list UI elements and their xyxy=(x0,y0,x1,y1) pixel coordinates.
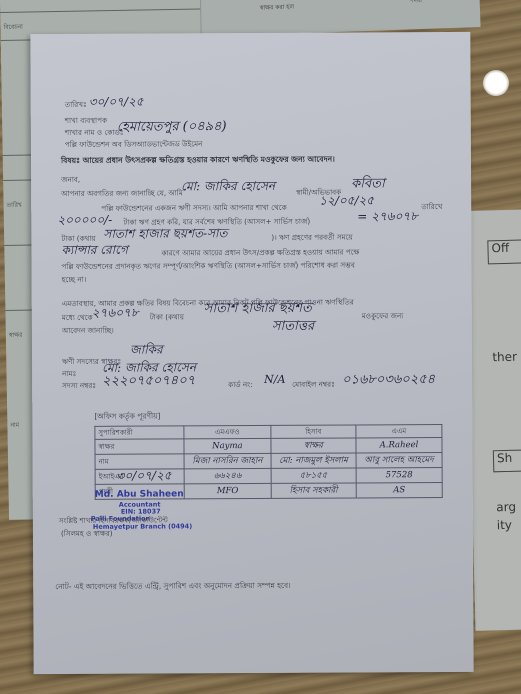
outstanding-balance: = ২৭৬০৭৮ xyxy=(357,208,418,228)
damage-reason: ক্যান্সার রোগে xyxy=(61,242,127,262)
member-number-label: সদস্য নম্বরঃ xyxy=(62,381,96,393)
card-number: N/A xyxy=(264,373,285,386)
addressee: শাখা ব্যবস্থাপক xyxy=(65,116,107,128)
branch-label: শাখার নাম ও কোডঃ xyxy=(65,128,124,140)
stamp-name: Md. Abu Shaheen xyxy=(95,489,184,499)
date-label: তারিখঃ xyxy=(65,100,87,112)
salutation: জনাব, xyxy=(61,175,80,187)
approval-date: ৩০/০৭/২৫ xyxy=(117,467,172,487)
footer-note: নোট- এই আবেদনের ভিত্তিতে এন্ট্রি, সুপারি… xyxy=(55,581,291,594)
waiver-amount: ২৭৬০৭৮ xyxy=(92,305,139,325)
mobile-label: মোবাইল নম্বরঃ xyxy=(292,380,335,392)
applicant-name: মো: জাকির হোসেন xyxy=(181,178,275,198)
branch-value: হেমায়েতপুর (০৪৯৪) xyxy=(117,117,227,139)
name-label: নামঃ xyxy=(62,369,76,381)
mobile-number: ০১৬৮০৩৬০২৫৪ xyxy=(342,370,435,391)
approval-sub-label: (সিলমহ ও স্বাক্ষর) xyxy=(61,529,113,541)
light-reflection xyxy=(483,70,509,96)
application-form-page: তারিখঃ ৩০/০৭/২৫ শাখা ব্যবস্থাপক শাখার না… xyxy=(30,32,473,674)
waiver-words-line2: সাতাত্তর xyxy=(272,317,314,338)
date-value: ৩০/০৭/২৫ xyxy=(89,94,144,114)
subject-line: বিষয়ঃ আয়ের প্রধান উৎসপ্রকল্প ক্ষতিগ্রস… xyxy=(61,154,335,168)
recommendation-table: সুপারিশকারী এমএফও হিসাব এএম স্বাক্ষর Nay… xyxy=(94,424,442,500)
office-section-title: [অফিস কর্তৃক পূরণীয়] xyxy=(94,411,160,423)
member-number: ২২২০৭৫০৭৪০৭ xyxy=(102,371,195,392)
card-number-label: কার্ড নং: xyxy=(228,380,253,392)
organization-name: পল্লি ফাউন্ডেশন অব ডিসঅ্যাডভান্টেজড উইমে… xyxy=(65,139,203,152)
